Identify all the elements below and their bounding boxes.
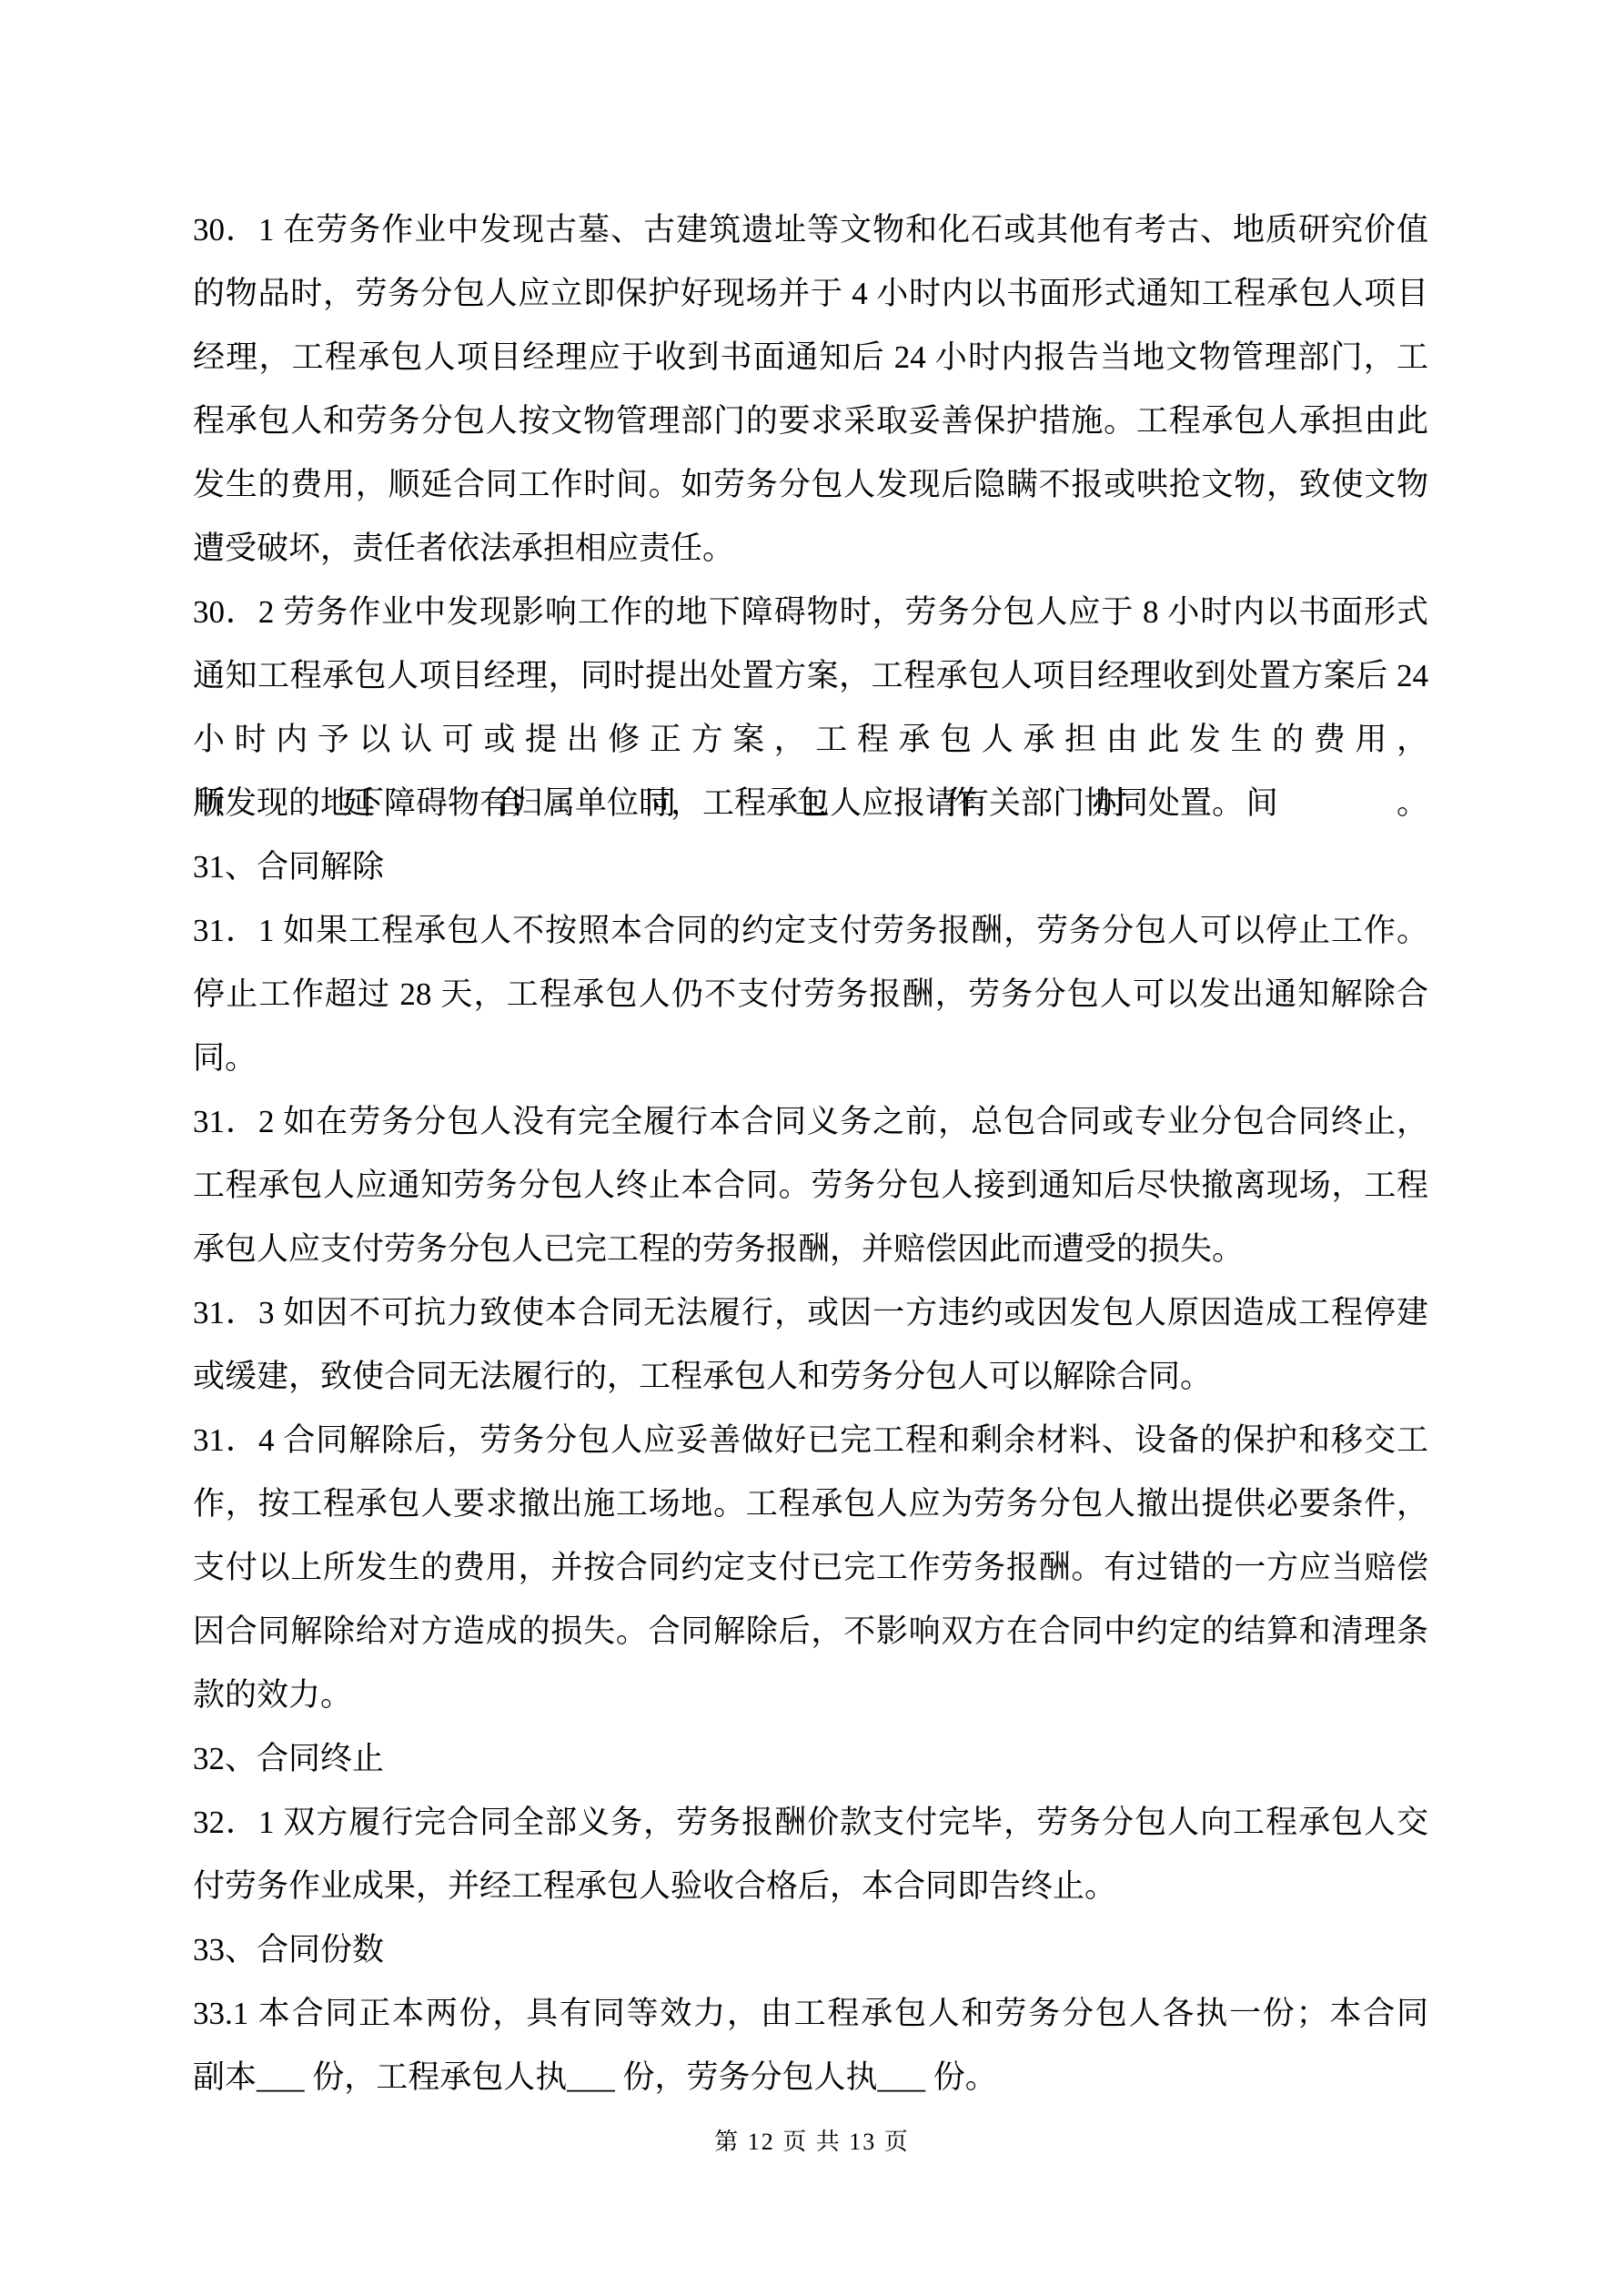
text-line: 31．1 如果工程承包人不按照本合同的约定支付劳务报酬，劳务分包人可以停止工作。 [193, 899, 1428, 963]
text-line: 30．1 在劳务作业中发现古墓、古建筑遗址等文物和化石或其他有考古、地质研究价值 [193, 198, 1428, 262]
text-line: 32．1 双方履行完合同全部义务，劳务报酬价款支付完毕，劳务分包人向工程承包人交 [193, 1791, 1428, 1855]
page-number-footer: 第 12 页 共 13 页 [0, 2127, 1624, 2158]
text-line: 33.1 本合同正本两份，具有同等效力，由工程承包人和劳务分包人各执一份；本合同 [193, 1982, 1428, 2046]
text-line: 33、合同份数 [193, 1918, 1428, 1982]
text-line: 31、合同解除 [193, 835, 1428, 899]
text-line: 停止工作超过 28 天，工程承包人仍不支付劳务报酬，劳务分包人可以发出通知解除合 [193, 963, 1428, 1027]
paragraph: 31．4 合同解除后，劳务分包人应妥善做好已完工程和剩余材料、设备的保护和移交工… [193, 1409, 1428, 1727]
paragraph: 31、合同解除 [193, 835, 1428, 899]
paragraph: 31．2 如在劳务分包人没有完全履行本合同义务之前，总包合同或专业分包合同终止，… [193, 1090, 1428, 1281]
text-line: 因合同解除给对方造成的损失。合同解除后，不影响双方在合同中约定的结算和清理条 [193, 1600, 1428, 1664]
text-line: 通知工程承包人项目经理，同时提出处置方案，工程承包人项目经理收到处置方案后 24 [193, 644, 1428, 708]
paragraph: 32．1 双方履行完合同全部义务，劳务报酬价款支付完毕，劳务分包人向工程承包人交… [193, 1791, 1428, 1918]
text-line: 承包人应支付劳务分包人已完工程的劳务报酬，并赔偿因此而遭受的损失。 [193, 1218, 1428, 1281]
text-line: 31．2 如在劳务分包人没有完全履行本合同义务之前，总包合同或专业分包合同终止， [193, 1090, 1428, 1154]
text-line: 经理，工程承包人项目经理应于收到书面通知后 24 小时内报告当地文物管理部门，工 [193, 326, 1428, 389]
text-line: 工程承包人应通知劳务分包人终止本合同。劳务分包人接到通知后尽快撤离现场，工程 [193, 1154, 1428, 1218]
text-line: 支付以上所发生的费用，并按合同约定支付已完工作劳务报酬。有过错的一方应当赔偿 [193, 1536, 1428, 1600]
paragraph: 33、合同份数 [193, 1918, 1428, 1982]
document-page: 30．1 在劳务作业中发现古墓、古建筑遗址等文物和化石或其他有考古、地质研究价值… [0, 0, 1624, 2296]
paragraph: 33.1 本合同正本两份，具有同等效力，由工程承包人和劳务分包人各执一份；本合同… [193, 1982, 1428, 2109]
text-line: 30．2 劳务作业中发现影响工作的地下障碍物时，劳务分包人应于 8 小时内以书面… [193, 581, 1428, 644]
text-line: 或缓建，致使合同无法履行的，工程承包人和劳务分包人可以解除合同。 [193, 1345, 1428, 1409]
paragraph: 30．1 在劳务作业中发现古墓、古建筑遗址等文物和化石或其他有考古、地质研究价值… [193, 198, 1428, 581]
document-body: 30．1 在劳务作业中发现古墓、古建筑遗址等文物和化石或其他有考古、地质研究价值… [193, 198, 1428, 2109]
text-line: 的物品时，劳务分包人应立即保护好现场并于 4 小时内以书面形式通知工程承包人项目 [193, 262, 1428, 326]
paragraph: 31．1 如果工程承包人不按照本合同的约定支付劳务报酬，劳务分包人可以停止工作。… [193, 899, 1428, 1090]
text-line: 款的效力。 [193, 1664, 1428, 1727]
text-line: 遭受破坏，责任者依法承担相应责任。 [193, 517, 1428, 581]
paragraph: 31．3 如因不可抗力致使本合同无法履行，或因一方违约或因发包人原因造成工程停建… [193, 1281, 1428, 1409]
paragraph: 32、合同终止 [193, 1727, 1428, 1791]
text-line: 31．4 合同解除后，劳务分包人应妥善做好已完工程和剩余材料、设备的保护和移交工 [193, 1409, 1428, 1472]
text-line: 同。 [193, 1027, 1428, 1090]
text-line: 32、合同终止 [193, 1727, 1428, 1791]
text-line: 31．3 如因不可抗力致使本合同无法履行，或因一方违约或因发包人原因造成工程停建 [193, 1281, 1428, 1345]
text-line: 小时内予以认可或提出修正方案，工程承包人承担由此发生的费用，顺延合同工作时间。 [193, 708, 1428, 772]
text-line: 作，按工程承包人要求撤出施工场地。工程承包人应为劳务分包人撤出提供必要条件， [193, 1472, 1428, 1536]
text-line: 副本___ 份，工程承包人执___ 份，劳务分包人执___ 份。 [193, 2046, 1428, 2109]
text-line: 发生的费用，顺延合同工作时间。如劳务分包人发现后隐瞒不报或哄抢文物，致使文物 [193, 453, 1428, 517]
text-line: 程承包人和劳务分包人按文物管理部门的要求采取妥善保护措施。工程承包人承担由此 [193, 389, 1428, 453]
text-line: 所发现的地下障碍物有归属单位时，工程承包人应报请有关部门协同处置。 [193, 772, 1428, 835]
paragraph: 30．2 劳务作业中发现影响工作的地下障碍物时，劳务分包人应于 8 小时内以书面… [193, 581, 1428, 835]
text-line: 付劳务作业成果，并经工程承包人验收合格后，本合同即告终止。 [193, 1855, 1428, 1918]
